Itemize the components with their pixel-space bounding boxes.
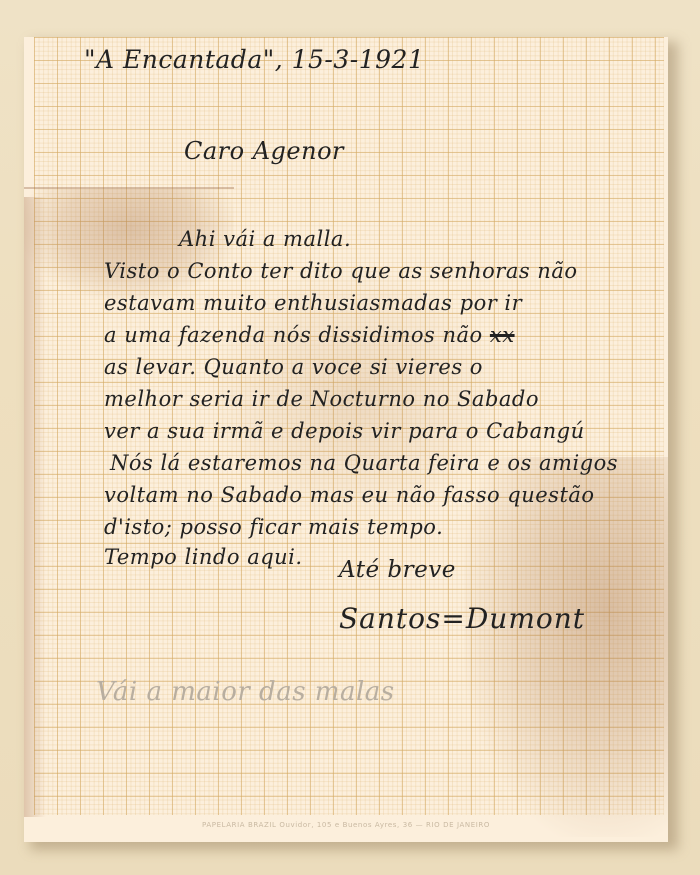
body-line-1: Ahi vái a malla. [179,227,351,251]
body-line-5: as levar. Quanto a voce si vieres o [104,355,483,379]
body-line-10: d'isto; posso ficar mais tempo. [104,515,443,539]
letter-paper: "A Encantada", 15-3-1921 Caro Agenor Ahi… [24,37,668,842]
body-line-3: estavam muito enthusiasmadas por ir [104,291,522,315]
body-line-11: Tempo lindo aqui. [104,545,303,569]
body-line-2: Visto o Conto ter dito que as senhoras n… [104,259,578,283]
struck-out-word: xx [490,323,515,347]
body-line-9: voltam no Sabado mas eu não fasso questã… [104,483,595,507]
body-line-7: ver a sua irmã e depois vir para o Caban… [104,419,585,443]
body-line-8: Nós lá estaremos na Quarta feira e os am… [110,451,618,475]
letter-header-place-date: "A Encantada", 15-3-1921 [84,45,424,74]
body-line-4: a uma fazenda nós dissidimos não xx [104,323,515,347]
letter-salutation: Caro Agenor [184,137,344,165]
pencil-postscript: Vái a maior das malas [96,677,395,707]
body-line-6: melhor seria ir de Nocturno no Sabado [104,387,539,411]
body-line-4-text: a uma fazenda nós dissidimos não [104,323,483,347]
printer-imprint: PAPELARIA BRAZIL Ouvidor, 105 e Buenos A… [24,821,668,829]
signature: Santos=Dumont [339,602,585,635]
letter-closing: Até breve [339,557,456,583]
